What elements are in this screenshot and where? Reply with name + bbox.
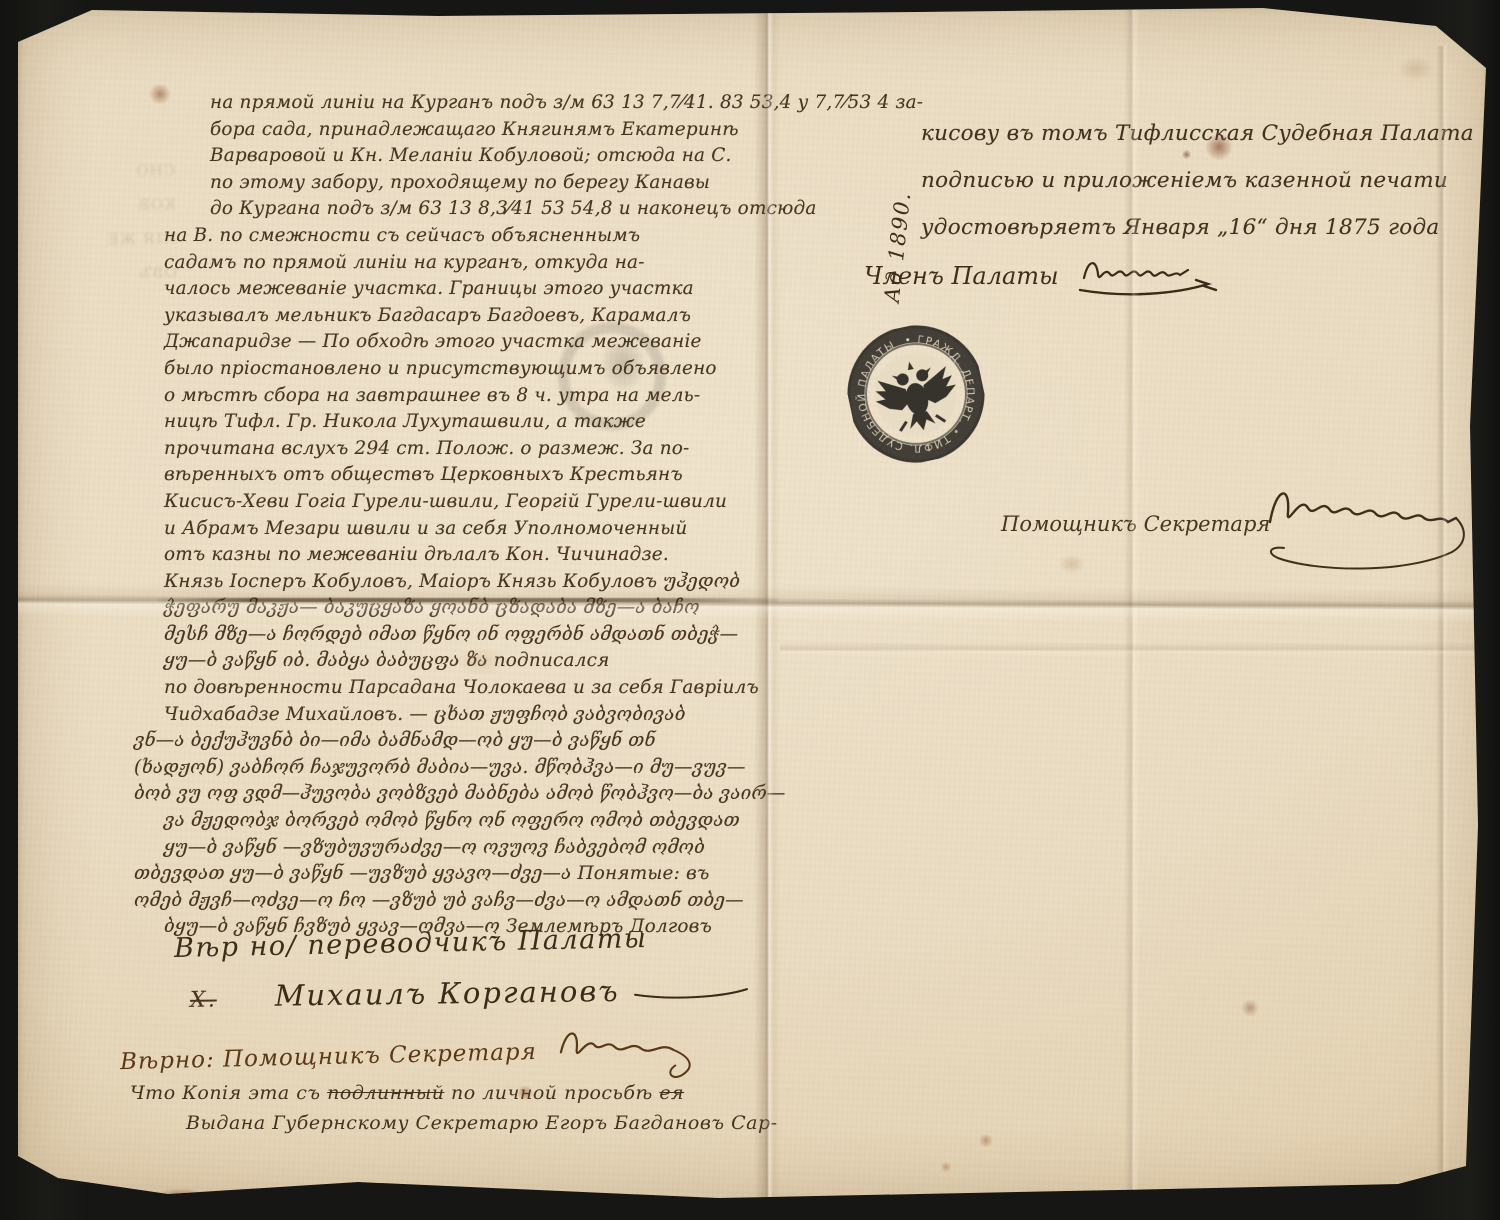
- document-paper: СНО КОВНІЯ ЖЕОВЪ на прямой линіи на Кург…: [18, 6, 1488, 1204]
- manuscript-line: подписью и приложеніемъ казенной печати: [921, 157, 1500, 204]
- manuscript-line: до Кургана подъ з/м 63 13 8,3⁄41 53 54,8…: [210, 196, 782, 223]
- manuscript-line: ჭეფარუ მაკჟა— ბაკუცყაზა ყოანბ ცზადაბა მზ…: [164, 595, 782, 622]
- manuscript-line: ვა მჟედობჯ ბორვებ ომობ წყნო ონ ოფერო ომო…: [164, 808, 782, 835]
- manuscript-line: (ხადჟონ) ვაბჩორ ჩაჯუვორბ მაბია—უვა. მწობ…: [134, 755, 782, 782]
- manuscript-line: кисову въ томъ Тифлисская Судебная Палат…: [921, 110, 1500, 157]
- assistant-secretary-line: Помощникъ Секретаря: [1001, 512, 1270, 536]
- struck-word: ея: [659, 1082, 684, 1104]
- official-seal-stamp: • ГРАЖД. ДЕПАРТ. • ТИФЛ. СУДЕБНОЙ ПАЛАТЫ: [836, 314, 995, 475]
- crossed-out-mark: Х.: [190, 988, 217, 1013]
- manuscript-line: თბევდათ ყუ—ბ ვაწყნ —უვზუბ ყვავო—ძვე—ა По…: [134, 861, 782, 888]
- left-page-text: на прямой линіи на Курганъ подъ з/м 63 1…: [164, 90, 782, 941]
- right-page-text: кисову въ томъ Тифлисская Судебная Палат…: [921, 110, 1500, 251]
- manuscript-line: ницѣ Тифл. Гр. Никола Лухуташвили, а так…: [164, 409, 782, 436]
- manuscript-line: ყუ—ბ ვაწყნ —ვზუბუვურაძვე—ო ოვუოვ ჩაბვებო…: [164, 835, 782, 862]
- signature-flourish: [631, 983, 751, 1003]
- issued-to-line: Выдана Губернскому Секретарю Егоръ Багда…: [186, 1112, 778, 1134]
- manuscript-line: по довѣренности Парсадана Чолокаева и за…: [164, 675, 782, 702]
- manuscript-line: Чидхабадзе Михайловъ. — ცხათ ჟუფჩობ ვაბვ…: [164, 702, 782, 729]
- foxing-stain: [158, 1188, 204, 1202]
- manuscript-line: Джапаридзе — По обходѣ этого участка меж…: [164, 329, 782, 356]
- manuscript-line: на В. по смежности съ сейчасъ объясненны…: [164, 223, 782, 250]
- manuscript-line: Кисисъ-Хеви Гогіа Гурели-швили, Георгій …: [164, 489, 782, 516]
- foxing-stain: [978, 1134, 994, 1147]
- manuscript-line: бора сада, принадлежащаго Княгинямъ Екат…: [210, 117, 782, 144]
- manuscript-line: прочитана вслухъ 294 ст. Полож. о размеж…: [164, 436, 782, 463]
- copy-issue-note: Что Копія эта съ подлинный по личной про…: [130, 1082, 684, 1104]
- struck-word: подлинный: [327, 1082, 444, 1104]
- foxing-stain: [1240, 1000, 1260, 1016]
- scan-background: СНО КОВНІЯ ЖЕОВЪ на прямой линіи на Кург…: [0, 0, 1500, 1220]
- manuscript-line: Варваровой и Кн. Меланіи Кобуловой; отсю…: [210, 143, 782, 170]
- foxing-stain: [940, 1162, 952, 1172]
- manuscript-line: указывалъ мельникъ Багдасаръ Багдоевъ, К…: [164, 303, 782, 330]
- manuscript-line: ომებ მჟვჩ—ოძვე—ო ჩო —ვზუბ უბ ვაჩვ—ძვა—ო …: [134, 888, 782, 915]
- manuscript-line: ყუ—ბ ვაწყნ იბ. მაბყა ბაბუცფა ზა подписал…: [164, 648, 782, 675]
- secretary-certification-label: Вѣрно: Помощникъ Секретаря: [120, 1039, 537, 1075]
- member-signature-scribble: [1076, 250, 1266, 298]
- translator-name: Михаилъ Коргановъ: [274, 974, 619, 1013]
- chamber-member-line: Членъ Палаты: [864, 250, 1266, 298]
- chamber-member-label: Членъ Палаты: [864, 262, 1059, 290]
- manuscript-line: მესჩ მზე—ა ჩორდებ იმათ წყნო ინ ოფერბნ ამ…: [164, 622, 782, 649]
- manuscript-line: чалось межеваніе участка. Границы этого …: [164, 276, 782, 303]
- manuscript-line: удостовѣряетъ Января „16“ дня 1875 года: [921, 204, 1500, 251]
- copy-note-segment: по личной просьбѣ: [444, 1082, 659, 1104]
- paper-blotch: [1398, 56, 1434, 82]
- manuscript-line: и Абрамъ Мезари швили и за себя Уполномо…: [164, 516, 782, 543]
- manuscript-line: было пріостановлено и присутствующимъ об…: [164, 356, 782, 383]
- manuscript-line: по этому забору, проходящему по берегу К…: [210, 170, 782, 197]
- horizontal-fold-soft-crease: [780, 642, 1480, 656]
- manuscript-line: ვნ—ა ბექუჰუვნბ ბი—იმა ბამნამდ—ობ ყუ—ბ ვა…: [134, 728, 782, 755]
- assistant-secretary-signature: [1256, 474, 1481, 584]
- manuscript-line: вѣренныхъ отъ обществъ Церковныхъ Кресть…: [164, 462, 782, 489]
- secretary-signature-scribble: [552, 1019, 703, 1085]
- copy-note-segment: Что Копія эта съ: [130, 1082, 327, 1104]
- paper-blotch: [1058, 554, 1086, 574]
- manuscript-line: садамъ по прямой линіи на курганъ, откуд…: [164, 250, 782, 277]
- manuscript-line: на прямой линіи на Курганъ подъ з/м 63 1…: [210, 90, 782, 117]
- assistant-secretary-label: Помощникъ Секретаря: [1001, 512, 1270, 536]
- manuscript-line: о мѣстѣ сбора на завтрашнее въ 8 ч. утра…: [164, 383, 782, 410]
- translator-signature-line: Х.Михаилъ Коргановъ: [190, 972, 751, 1014]
- manuscript-line: отъ казны по межеваніи дѣлалъ Кон. Чичин…: [164, 542, 782, 569]
- manuscript-line: ბობ ვუ ოფ ვდმ—ჰუვობა ვობზვებ მაბნება ამო…: [134, 781, 782, 808]
- manuscript-line: Князь Іосперъ Кобуловъ, Маіоръ Князь Коб…: [164, 569, 782, 596]
